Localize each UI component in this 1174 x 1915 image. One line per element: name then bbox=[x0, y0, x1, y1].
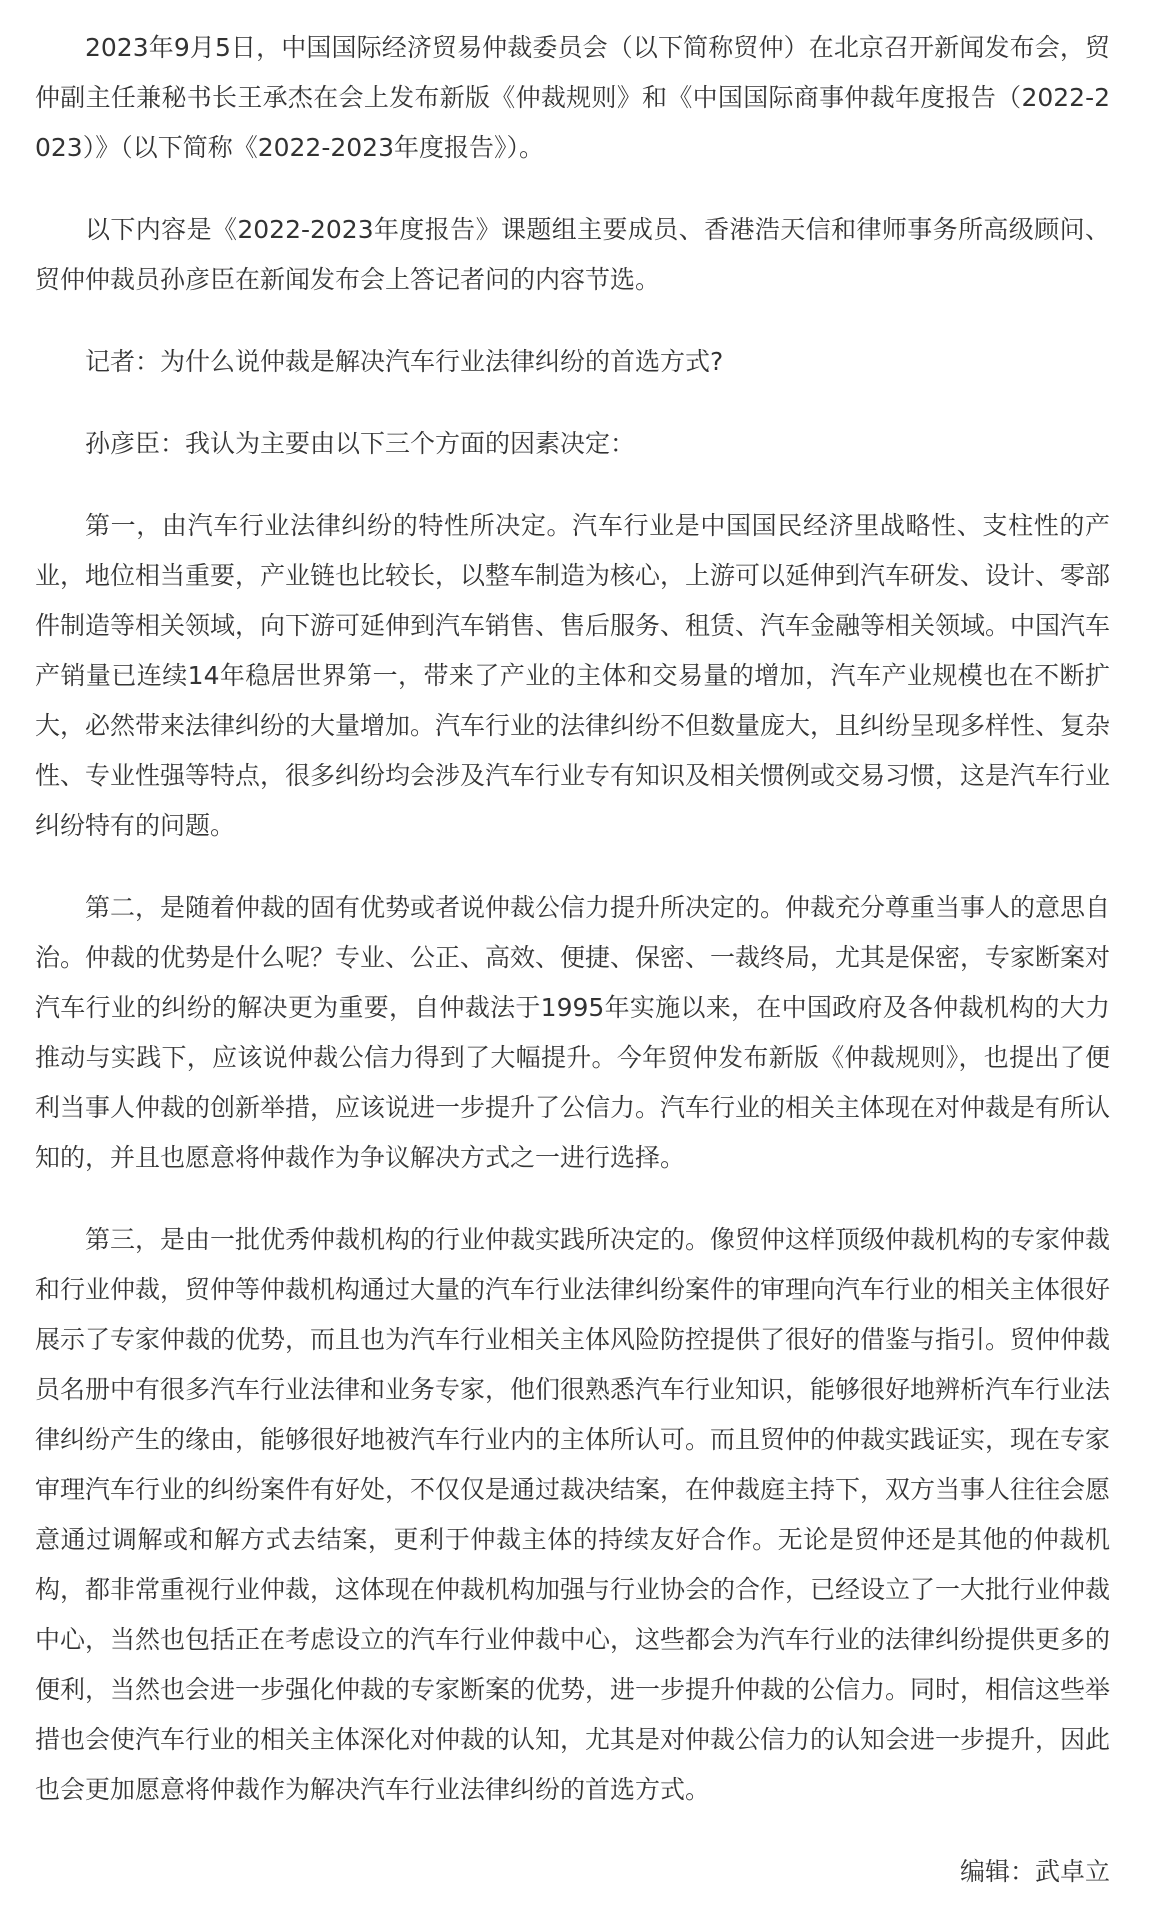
paragraph-answer-intro: 孙彦臣：我认为主要由以下三个方面的因素决定： bbox=[35, 419, 1110, 469]
article-body: 2023年9月5日，中国国际经济贸易仲裁委员会（以下简称贸仲）在北京召开新闻发布… bbox=[0, 0, 1174, 1897]
paragraph-point-two: 第二，是随着仲裁的固有优势或者说仲裁公信力提升所决定的。仲裁充分尊重当事人的意思… bbox=[35, 883, 1110, 1183]
paragraph-point-three: 第三，是由一批优秀仲裁机构的行业仲裁实践所决定的。像贸仲这样顶级仲裁机构的专家仲… bbox=[35, 1215, 1110, 1815]
paragraph-point-one: 第一，由汽车行业法律纠纷的特性所决定。汽车行业是中国国民经济里战略性、支柱性的产… bbox=[35, 501, 1110, 851]
paragraph-excerpt-note: 以下内容是《2022-2023年度报告》课题组主要成员、香港浩天信和律师事务所高… bbox=[35, 205, 1110, 305]
editor-credit: 编辑：武卓立 bbox=[35, 1847, 1110, 1897]
paragraph-intro: 2023年9月5日，中国国际经济贸易仲裁委员会（以下简称贸仲）在北京召开新闻发布… bbox=[35, 23, 1110, 173]
paragraph-reporter-question: 记者：为什么说仲裁是解决汽车行业法律纠纷的首选方式? bbox=[35, 337, 1110, 387]
